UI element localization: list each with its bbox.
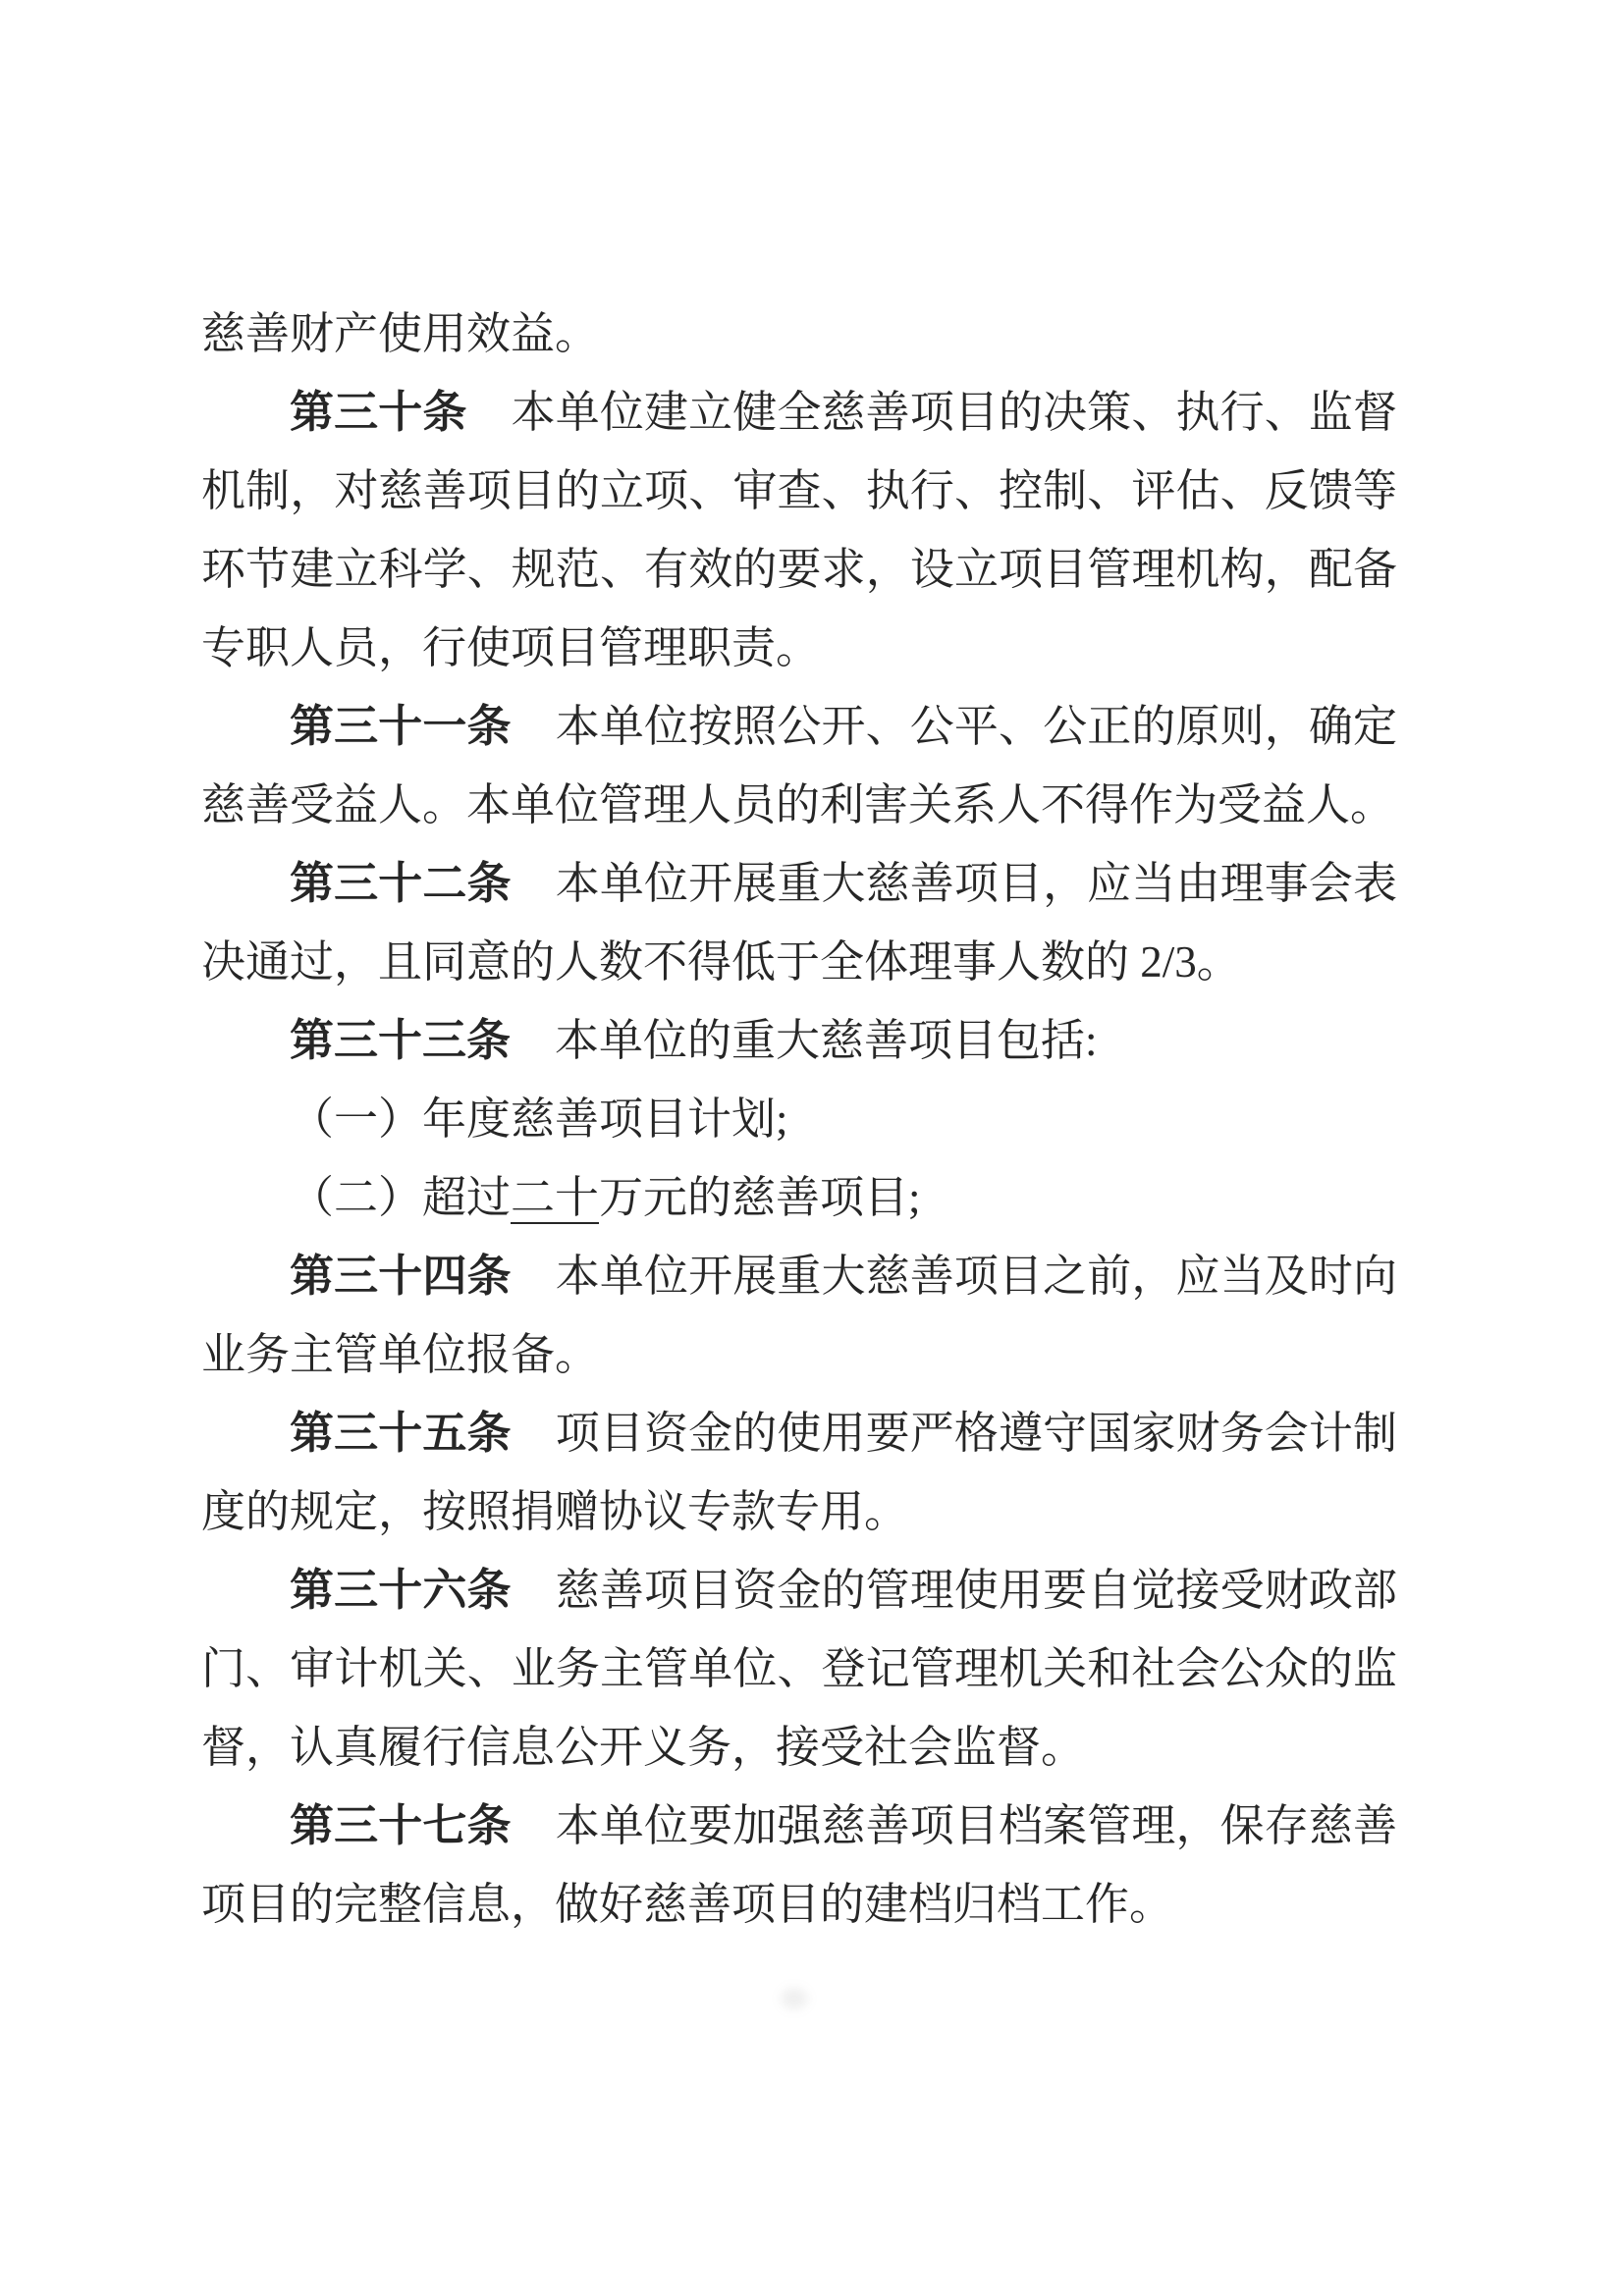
list-item-prefix: （二）超过	[290, 1173, 511, 1222]
article-heading: 第三十六条	[290, 1566, 512, 1615]
article-36: 第三十六条 慈善项目资金的管理使用要自觉接受财政部门、审计机关、业务主管单位、登…	[201, 1551, 1397, 1787]
article-32: 第三十二条 本单位开展重大慈善项目，应当由理事会表决通过，且同意的人数不得低于全…	[201, 844, 1397, 1001]
document-text: 慈善财产使用效益。 第三十条 本单位建立健全慈善项目的决策、执行、监督机制，对慈…	[201, 294, 1397, 1944]
list-item-2: （二）超过二十万元的慈善项目;	[201, 1158, 1397, 1237]
list-item-text: （一）年度慈善项目计划;	[290, 1095, 788, 1144]
article-heading: 第三十一条	[290, 702, 512, 751]
list-item-1: （一）年度慈善项目计划;	[201, 1080, 1397, 1158]
article-heading: 第三十条	[290, 388, 467, 437]
article-33: 第三十三条 本单位的重大慈善项目包括:	[201, 1001, 1397, 1080]
article-34: 第三十四条 本单位开展重大慈善项目之前，应当及时向业务主管单位报备。	[201, 1237, 1397, 1394]
article-heading: 第三十二条	[290, 859, 512, 908]
article-heading: 第三十四条	[290, 1252, 512, 1301]
article-heading: 第三十七条	[290, 1801, 512, 1850]
continuation-paragraph: 慈善财产使用效益。	[201, 294, 1397, 373]
article-body: 本单位的重大慈善项目包括:	[511, 1016, 1098, 1065]
list-item-suffix: 万元的慈善项目;	[599, 1173, 921, 1222]
underlined-amount: 二十	[511, 1173, 599, 1222]
article-35: 第三十五条 项目资金的使用要严格遵守国家财务会计制度的规定，按照捐赠协议专款专用…	[201, 1394, 1397, 1551]
scan-smudge	[781, 1988, 808, 2009]
document-page: 慈善财产使用效益。 第三十条 本单位建立健全慈善项目的决策、执行、监督机制，对慈…	[0, 0, 1623, 2296]
article-heading: 第三十五条	[290, 1409, 512, 1458]
article-heading: 第三十三条	[290, 1016, 511, 1065]
article-37: 第三十七条 本单位要加强慈善项目档案管理，保存慈善项目的完整信息，做好慈善项目的…	[201, 1787, 1397, 1944]
paragraph-text: 慈善财产使用效益。	[201, 309, 599, 358]
article-31: 第三十一条 本单位按照公开、公平、公正的原则，确定慈善受益人。本单位管理人员的利…	[201, 687, 1397, 844]
article-30: 第三十条 本单位建立健全慈善项目的决策、执行、监督机制，对慈善项目的立项、审查、…	[201, 373, 1397, 687]
